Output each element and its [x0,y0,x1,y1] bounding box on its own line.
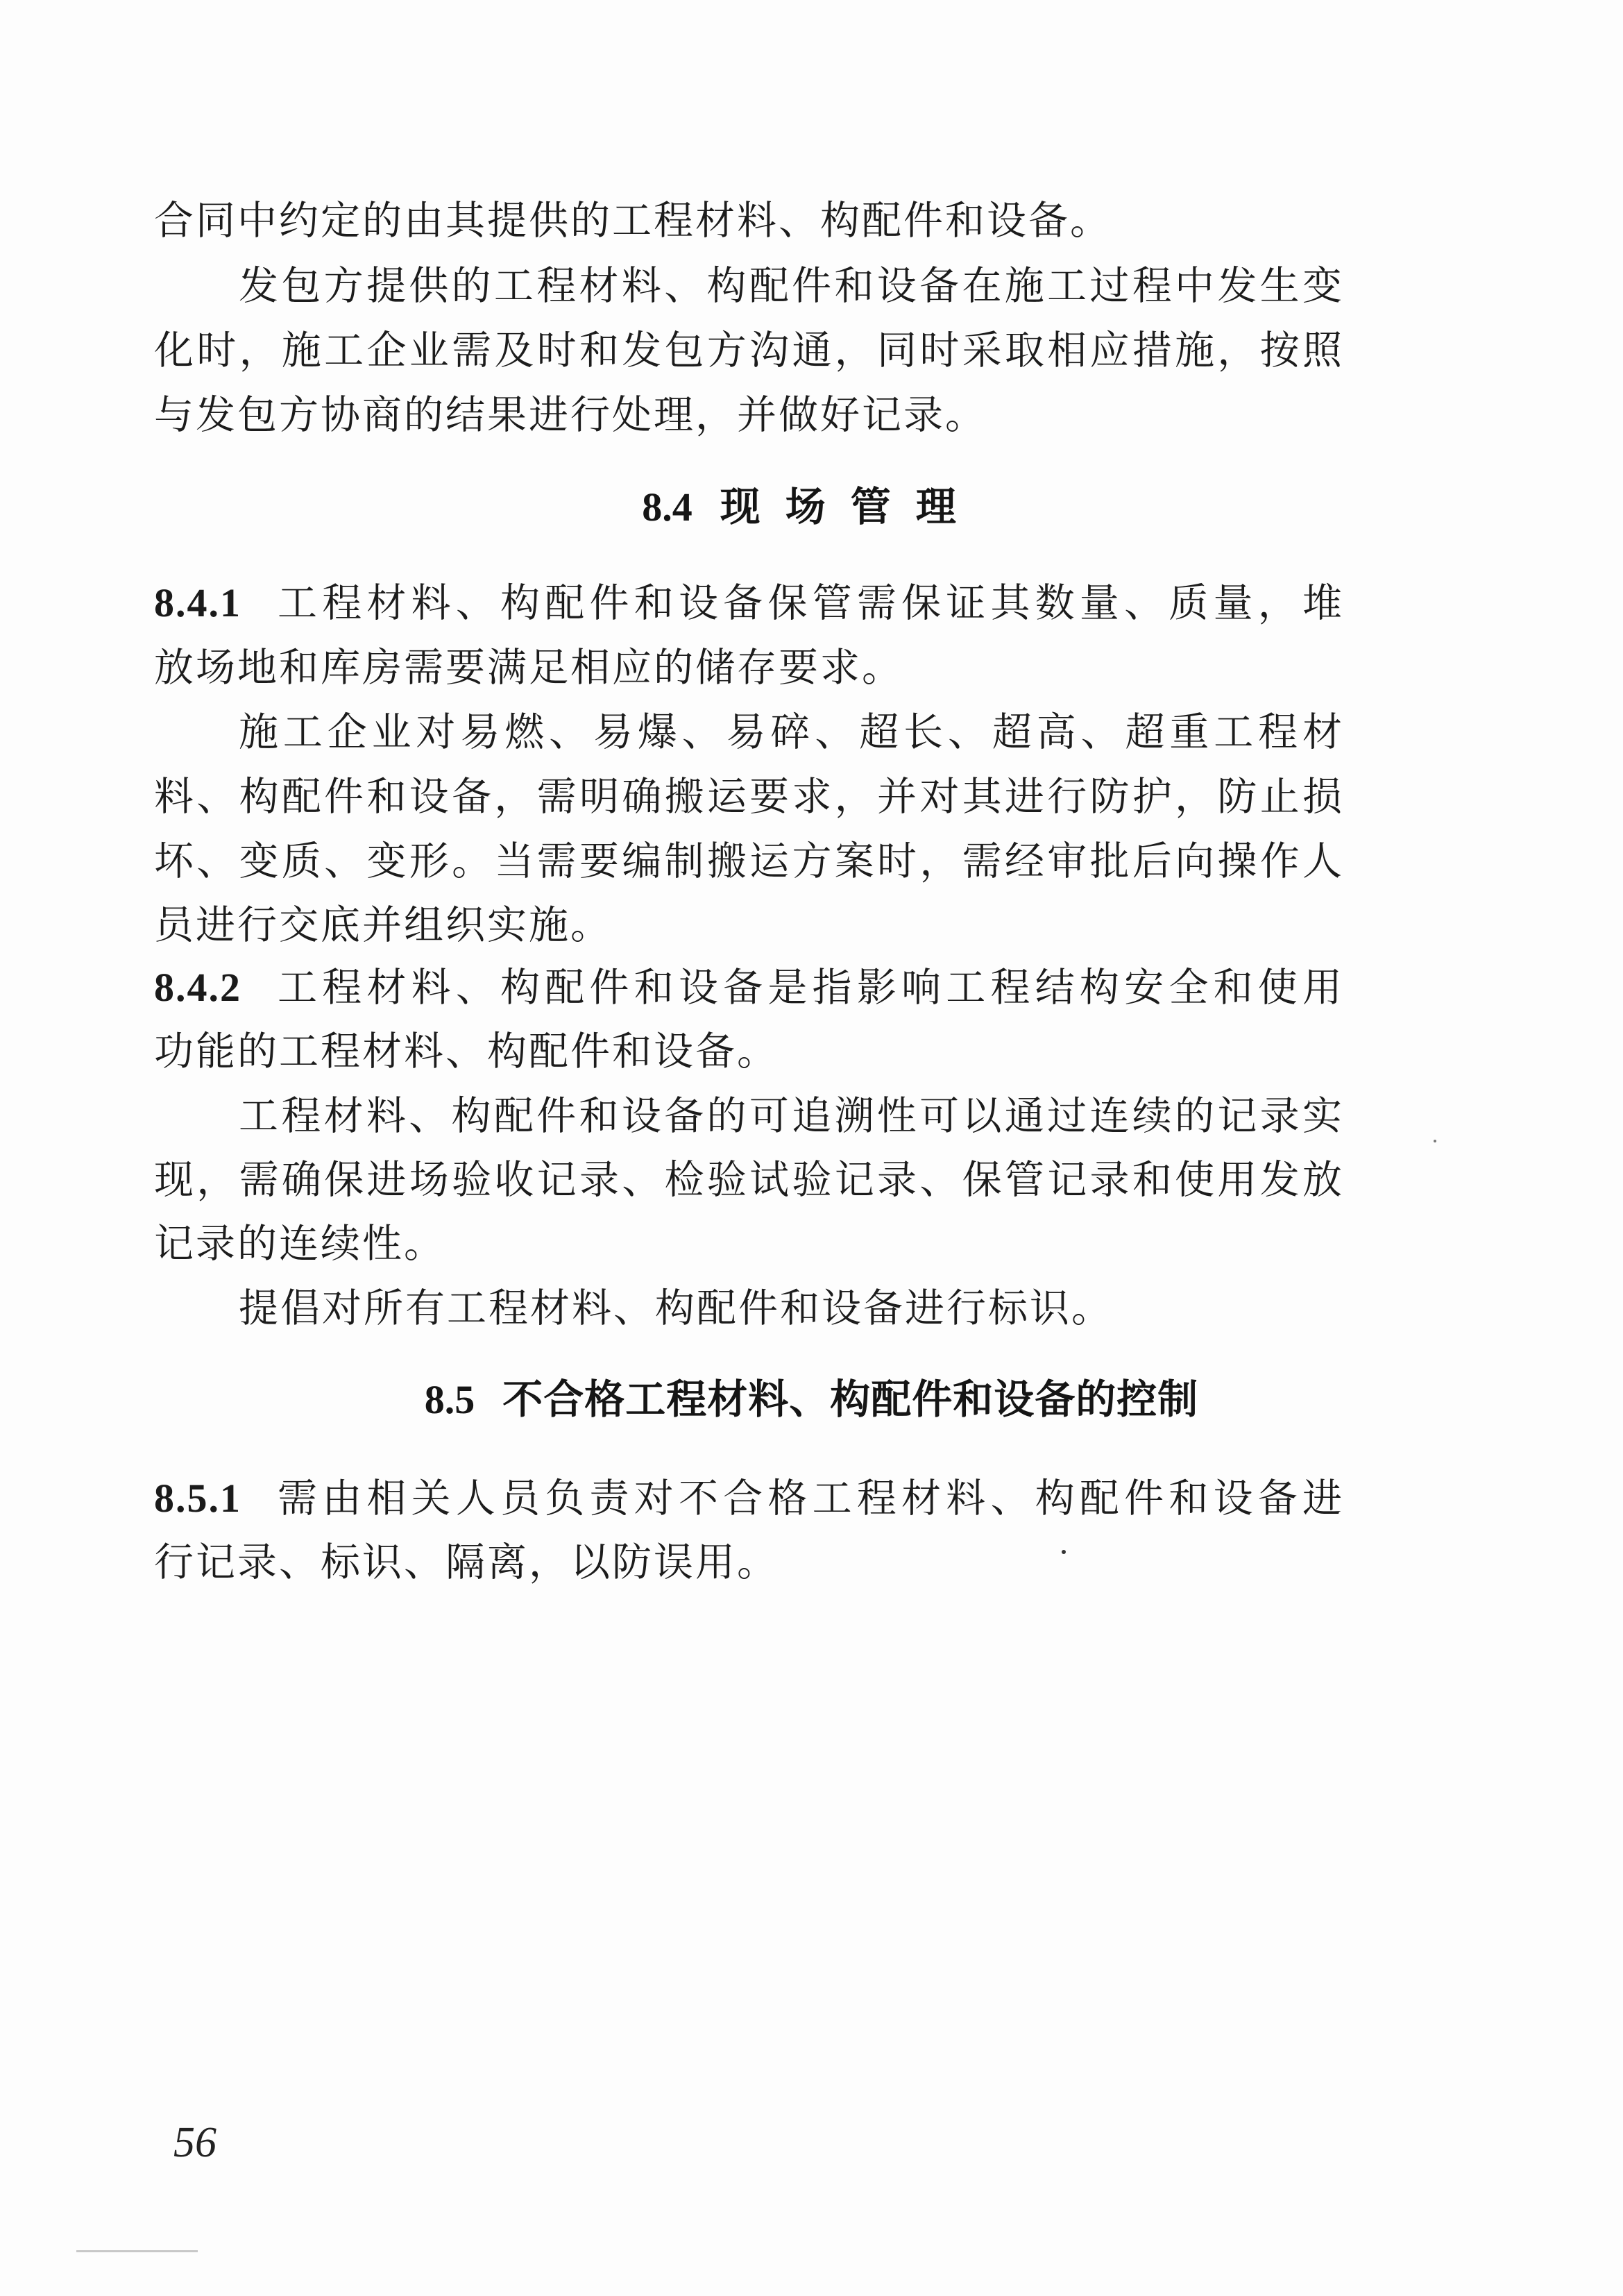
clause-8-5-1-first-line: 8.5.1 需由相关人员负责对不合格工程材料、构配件和设备进 [154,1474,1342,1523]
section-heading-8-5: 8.5不合格工程材料、构配件和设备的控制 [0,1371,1623,1427]
scan-speck [1062,1550,1066,1554]
clause-8-4-1-first-line: 8.4.1 工程材料、构配件和设备保管需保证其数量、质量，堆 [154,579,1342,627]
section-heading-8-4: 8.4现场管理 [0,479,1623,534]
clause-text: 工程材料、构配件和设备是指影响工程结构安全和使用 [278,963,1342,1012]
body-text-line: 放场地和库房需要满足相应的储存要求。 [154,643,1342,692]
section-title: 现场管理 [720,483,981,530]
body-text-line: 坏、变质、变形。当需要编制搬运方案时，需经审批后向操作人 [154,837,1342,886]
page-number: 56 [173,2118,216,2168]
clause-8-4-2-first-line: 8.4.2 工程材料、构配件和设备是指影响工程结构安全和使用 [154,963,1342,1012]
body-text-line: 料、构配件和设备，需明确搬运要求，并对其进行防护，防止损 [154,773,1342,821]
section-number: 8.5 [425,1377,475,1422]
body-text-line: 提倡对所有工程材料、构配件和设备进行标识。 [239,1284,1342,1333]
body-text-line: 合同中约定的由其提供的工程材料、构配件和设备。 [154,196,1342,245]
document-page: 合同中约定的由其提供的工程材料、构配件和设备。 发包方提供的工程材料、构配件和设… [0,0,1623,2296]
body-text-line: 功能的工程材料、构配件和设备。 [154,1027,1342,1076]
scan-speck [1434,1140,1436,1142]
clause-number: 8.4.2 [154,963,241,1012]
body-text-line: 记录的连续性。 [154,1219,1342,1268]
clause-number: 8.4.1 [154,579,241,627]
body-text-line: 现，需确保进场验收记录、检验试验记录、保管记录和使用发放 [154,1156,1342,1204]
footer-rule [76,2250,198,2252]
section-number: 8.4 [642,484,692,530]
body-text-line: 工程材料、构配件和设备的可追溯性可以通过连续的记录实 [239,1092,1342,1140]
body-text-line: 发包方提供的工程材料、构配件和设备在施工过程中发生变 [239,262,1342,310]
clause-text: 工程材料、构配件和设备保管需保证其数量、质量，堆 [278,579,1342,627]
body-text-line: 员进行交底并组织实施。 [154,901,1342,949]
section-title: 不合格工程材料、构配件和设备的控制 [502,1376,1198,1423]
body-text-line: 与发包方协商的结果进行处理，并做好记录。 [154,391,1342,439]
body-text-line: 化时，施工企业需及时和发包方沟通，同时采取相应措施，按照 [154,326,1342,375]
body-text-line: 施工企业对易燃、易爆、易碎、超长、超高、超重工程材 [239,708,1342,757]
body-text-line: 行记录、标识、隔离，以防误用。 [154,1538,1342,1587]
clause-text: 需由相关人员负责对不合格工程材料、构配件和设备进 [278,1474,1342,1523]
clause-number: 8.5.1 [154,1474,241,1523]
